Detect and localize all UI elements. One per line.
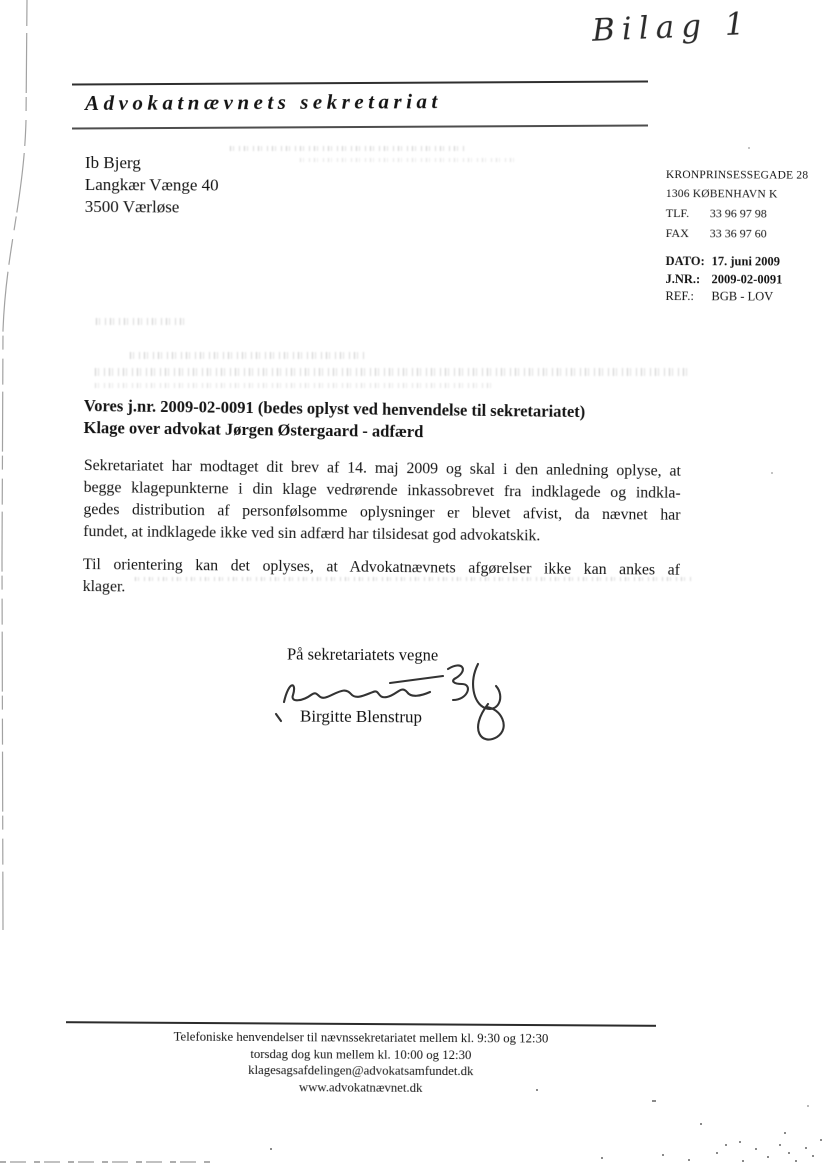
date-value: 17. juni 2009 bbox=[712, 253, 780, 271]
sender-fax-row: FAX 33 36 97 60 bbox=[666, 223, 821, 243]
recipient-address-block: Ib Bjerg Langkær Vænge 40 3500 Værløse bbox=[85, 152, 219, 219]
phone-label: TLF. bbox=[666, 204, 710, 224]
noise-speck bbox=[725, 1144, 727, 1146]
recipient-name: Ib Bjerg bbox=[85, 152, 219, 175]
letterhead-rule-bottom bbox=[72, 124, 648, 129]
reference-label: REF.: bbox=[665, 288, 711, 306]
letterhead-title: Advokatnævnets sekretariat bbox=[85, 89, 442, 116]
scan-smudge bbox=[130, 352, 365, 359]
noise-speck bbox=[536, 1089, 538, 1091]
journal-number-label: J.NR.: bbox=[665, 270, 711, 288]
reference-value: BGB - LOV bbox=[711, 288, 773, 306]
sender-phone-row: TLF. 33 96 97 98 bbox=[666, 204, 821, 224]
recipient-street: Langkær Vænge 40 bbox=[85, 174, 219, 197]
noise-speck bbox=[716, 1152, 718, 1154]
phone-value: 33 96 97 98 bbox=[710, 204, 767, 224]
scan-edge-artifact bbox=[0, 0, 40, 1168]
noise-speck bbox=[601, 1157, 603, 1159]
sender-city: 1306 KØBENHAVN K bbox=[666, 185, 821, 205]
case-meta-block: DATO: 17. juni 2009 J.NR.: 2009-02-0091 … bbox=[665, 253, 820, 306]
scan-smudge bbox=[95, 368, 687, 376]
noise-speck bbox=[807, 1105, 809, 1107]
footer-block: Telefoniske henvendelser til nævnssekret… bbox=[65, 1028, 657, 1097]
scan-smudge bbox=[230, 146, 465, 151]
noise-speck bbox=[805, 1147, 807, 1149]
noise-speck bbox=[742, 1160, 744, 1162]
footer-website: www.advokatnævnet.dk bbox=[65, 1077, 657, 1097]
noise-speck bbox=[771, 472, 773, 474]
journal-number-value: 2009-02-0091 bbox=[711, 271, 782, 289]
fax-label: FAX bbox=[666, 223, 710, 243]
signature-name: Birgitte Blenstrup bbox=[300, 707, 422, 728]
noise-speck bbox=[820, 1139, 822, 1141]
scan-bottom-dashes bbox=[0, 1161, 210, 1163]
noise-speck bbox=[788, 1152, 790, 1154]
noise-speck bbox=[662, 1154, 664, 1156]
noise-speck bbox=[784, 1132, 786, 1134]
recipient-city: 3500 Værløse bbox=[85, 196, 219, 219]
reference-row: REF.: BGB - LOV bbox=[665, 288, 820, 306]
handwritten-signature bbox=[262, 650, 512, 750]
footer-rule bbox=[66, 1021, 656, 1027]
letterhead-rule-top bbox=[72, 80, 648, 85]
sender-street: KRONPRINSESSEGADE 28 bbox=[666, 166, 821, 186]
scan-smudge bbox=[95, 383, 495, 388]
scan-smudge bbox=[300, 158, 515, 162]
noise-speck bbox=[739, 1141, 741, 1143]
noise-speck bbox=[779, 1144, 781, 1146]
sender-info-block: KRONPRINSESSEGADE 28 1306 KØBENHAVN K TL… bbox=[665, 166, 821, 306]
noise-speck bbox=[755, 1148, 757, 1150]
noise-speck bbox=[652, 1100, 656, 1102]
fax-value: 33 36 97 60 bbox=[710, 224, 767, 244]
noise-speck bbox=[270, 1148, 272, 1150]
date-row: DATO: 17. juni 2009 bbox=[666, 253, 821, 271]
journal-number-row: J.NR.: 2009-02-0091 bbox=[665, 270, 820, 288]
scanned-letter-page: Bilag 1 Advokatnævnets sekretariat Ib Bj… bbox=[0, 0, 825, 1168]
noise-speck bbox=[812, 1155, 814, 1157]
date-label: DATO: bbox=[666, 253, 712, 271]
noise-speck bbox=[700, 1123, 702, 1125]
subject-block: Vores j.nr. 2009-02-0091 (bedes oplyst v… bbox=[83, 395, 683, 445]
noise-speck bbox=[795, 1160, 797, 1162]
handwritten-bilag-annotation: Bilag 1 bbox=[591, 3, 812, 49]
noise-speck bbox=[748, 147, 750, 149]
scan-smudge bbox=[96, 318, 184, 325]
noise-speck bbox=[688, 1159, 690, 1161]
noise-speck bbox=[767, 1156, 769, 1158]
letter-body: Sekretariatet har modtaget dit brev af 1… bbox=[83, 455, 681, 604]
